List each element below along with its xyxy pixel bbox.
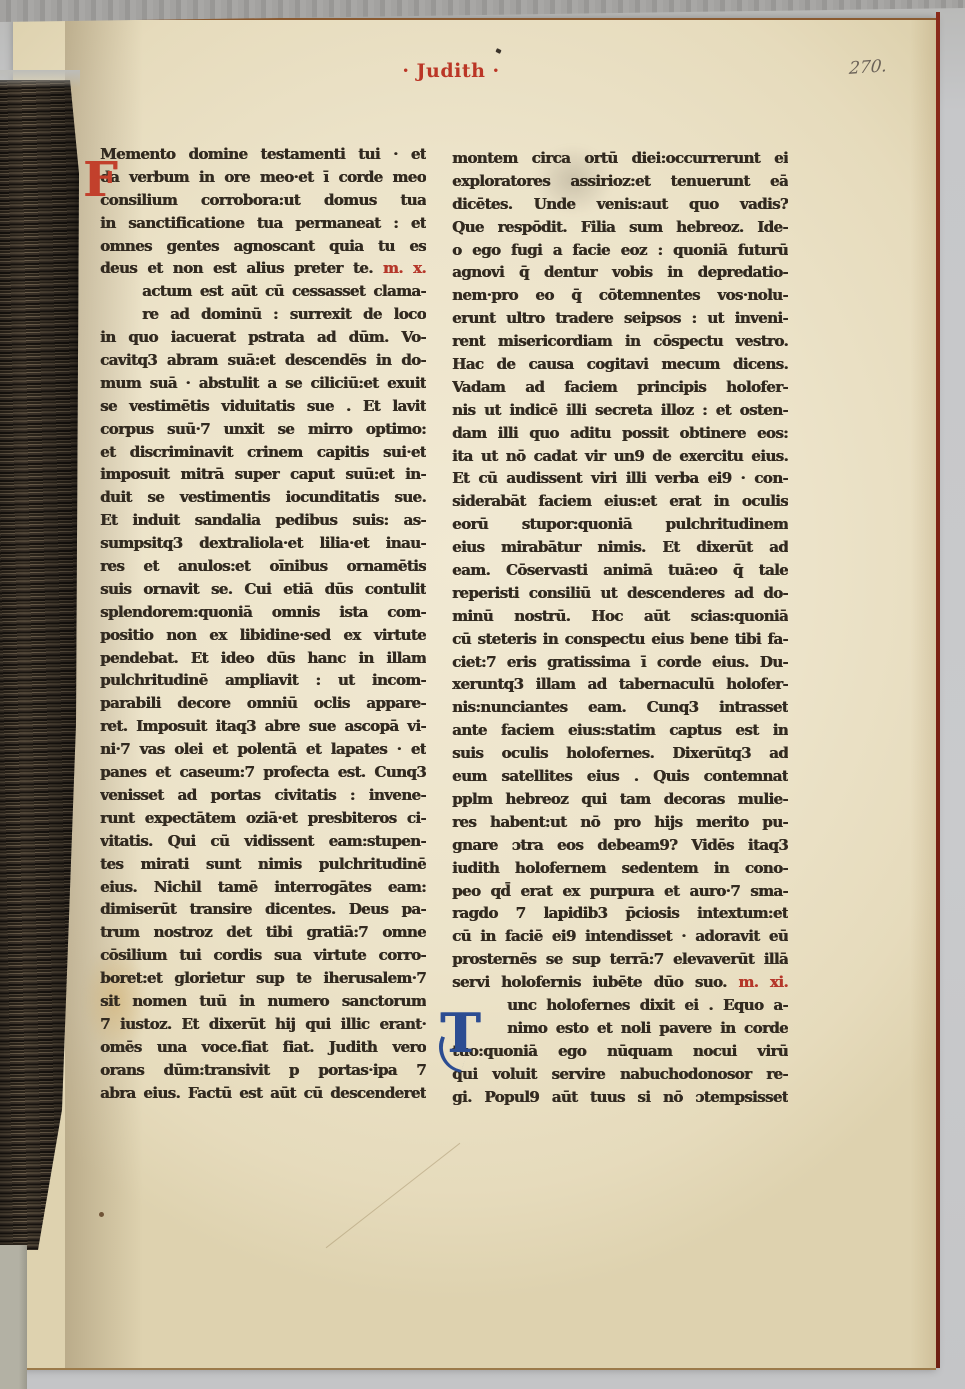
text-line: siderabāt faciem eius:et erat in oculis (452, 490, 788, 513)
text-line: sumpsitq3 dextraliola·et lilia·et inau- (100, 532, 426, 555)
line-text: eorū stupor:quoniā pulchritudinem (452, 515, 788, 533)
text-line: dam illi quo aditu possit obtinere eos: (452, 422, 788, 445)
line-text: cū steteris in conspectu eius bene tibi … (452, 630, 788, 648)
line-text: in quo iacuerat pstrata ad dūm. Vo- (100, 328, 426, 346)
line-text: xeruntq3 illam ad tabernaculū holofer- (452, 675, 788, 693)
text-line: gnare ɔtra eos debeam9? Vidēs itaq3 (452, 834, 788, 857)
text-line: Memento domine testamenti tui · et (100, 143, 426, 166)
line-text: siderabāt faciem eius:et erat in oculis (452, 492, 788, 510)
text-line: rent misericordiam in cōspectu vestro. (452, 330, 788, 353)
line-text: re ad dominū : surrexit de loco (142, 305, 426, 323)
text-line: cavitq3 abram suā:et descendēs in do- (100, 349, 426, 372)
text-line: trum nostroz det tibi gratiā:7 omne (100, 921, 426, 944)
text-line: nem·pro eo q̄ cōtemnentes vos·nolu- (452, 284, 788, 307)
parchment-crease (326, 1143, 461, 1248)
line-text: venisset ad portas civitatis : invene- (100, 786, 426, 804)
line-text: unc holofernes dixit ei . Equo a- (507, 996, 788, 1014)
line-text: exploratores assirioz:et tenuerunt eā (452, 172, 788, 190)
line-text: suis ornavit se. Cui etiā dūs contulit (100, 580, 426, 598)
line-text: ciet:7 eris gratissima ī corde eius. Du- (452, 653, 788, 671)
text-line: ret. Imposuit itaq3 abre sue ascopā vi- (100, 715, 426, 738)
text-line: nis:nunciantes eam. Cunq3 intrasset (452, 696, 788, 719)
text-line: panes et caseum:7 profecta est. Cunq3 (100, 761, 426, 784)
text-line: parabili decore omniū oclis appare- (100, 692, 426, 715)
line-text: Vadam ad faciem principis holofer- (452, 378, 788, 396)
text-line: eum satellites eius . Quis contemnat (452, 765, 788, 788)
text-line: ragdo 7 lapidib3 p̄ciosis intextum:et (452, 902, 788, 925)
text-line: qui voluit servire nabuchodonosor re- (452, 1063, 788, 1086)
line-text: qui voluit servire nabuchodonosor re- (452, 1065, 788, 1083)
text-line: suis oculis holofernes. Dixerūtq3 ad (452, 742, 788, 765)
text-column-left: Memento domine testamenti tui · etda ver… (100, 143, 426, 1104)
ink-dot (99, 1212, 104, 1217)
manuscript-page: · Judith · 270. Memento domine testament… (13, 18, 936, 1370)
text-line: dimiserūt transire dicentes. Deus pa- (100, 898, 426, 921)
text-line: cōsilium tui cordis sua virtute corro- (100, 944, 426, 967)
line-text: dimiserūt transire dicentes. Deus pa- (100, 900, 426, 918)
line-text: cavitq3 abram suā:et descendēs in do- (100, 351, 426, 369)
book-cover-edge (0, 1245, 27, 1389)
line-text: ret. Imposuit itaq3 abre sue ascopā vi- (100, 717, 426, 735)
text-line: servi holofernis iubēte dūo suo. m. xi. (452, 971, 788, 994)
text-line: reperisti consiliū ut descenderes ad do- (452, 582, 788, 605)
line-text: deus et non est alius preter te. (100, 259, 373, 277)
line-text: mum suā · abstulit a se ciliciū:et exuit (100, 374, 426, 392)
line-text: Et cū audissent viri illi verba ei9 · co… (452, 469, 788, 487)
line-text: positio non ex libidine·sed ex virtute (100, 626, 426, 644)
line-text: nem·pro eo q̄ cōtemnentes vos·nolu- (452, 286, 788, 304)
text-line: se vestimētis viduitatis sue . Et lavit (100, 395, 426, 418)
decorated-initial-F: F (83, 156, 117, 204)
line-text: cū in faciē ei9 intendisset · adoravit e… (452, 927, 788, 945)
line-text: peo qd̄ erat ex purpura et auro·7 sma- (452, 882, 788, 900)
text-line: et discriminavit crinem capitis sui·et (100, 441, 426, 464)
text-line: positio non ex libidine·sed ex virtute (100, 624, 426, 647)
text-line: gi. Popul9 aūt tuus si nō ɔtempsisset (452, 1086, 788, 1109)
line-text: consilium corrobora:ut domus tua (100, 191, 426, 209)
line-text: imposuit mitrā super caput suū:et in- (100, 465, 426, 483)
text-line: eius mirabātur nimis. Et dixerūt ad (452, 536, 788, 559)
line-text: eius. Nichil tamē interrogātes eam: (100, 878, 426, 896)
text-line: tuo:quoniā ego nūquam nocui virū (452, 1040, 788, 1063)
line-text: 7 iustoz. Et dixerūt hij qui illic erant… (100, 1015, 426, 1033)
text-line: unc holofernes dixit ei . Equo a- (452, 994, 788, 1017)
text-line: pulchritudinē ampliavit : ut incom- (100, 669, 426, 692)
text-line: peo qd̄ erat ex purpura et auro·7 sma- (452, 880, 788, 903)
text-line: in quo iacuerat pstrata ad dūm. Vo- (100, 326, 426, 349)
line-text: pendebat. Et ideo dūs hanc in illam (100, 649, 426, 667)
text-line: prosternēs se sup terrā:7 elevaverūt ill… (452, 948, 788, 971)
line-text: tes mirati sunt nimis pulchritudinē (100, 855, 426, 873)
line-text: Et induit sandalia pedibus suis: as- (100, 511, 426, 529)
text-line: consilium corrobora:ut domus tua (100, 189, 426, 212)
text-line: xeruntq3 illam ad tabernaculū holofer- (452, 673, 788, 696)
text-line: eam. Cōservasti animā tuā:eo q̄ tale (452, 559, 788, 582)
line-text: abra eius. Factū est aūt cū descenderet (100, 1084, 426, 1102)
line-text: nis ut indicē illi secreta illoz : et os… (452, 401, 788, 419)
line-text: trum nostroz det tibi gratiā:7 omne (100, 923, 426, 941)
decorated-initial-T: T (440, 1006, 480, 1060)
text-line: exploratores assirioz:et tenuerunt eā (452, 170, 788, 193)
text-line: in sanctificatione tua permaneat : et (100, 212, 426, 235)
line-text: corpus suū·7 unxit se mirro optimo: (100, 420, 426, 438)
text-line: ante faciem eius:statim captus est in (452, 719, 788, 742)
line-text: tuo:quoniā ego nūquam nocui virū (452, 1042, 788, 1060)
page-edge-tint (910, 20, 936, 1368)
line-text: Hac de causa cogitavi mecum dicens. (452, 355, 788, 373)
text-line: iudith holofernem sedentem in cono- (452, 857, 788, 880)
text-line: da verbum in ore meo·et ī corde meo (100, 166, 426, 189)
line-text: servi holofernis iubēte dūo suo. (452, 973, 727, 991)
line-text: splendorem:quoniā omnis ista com- (100, 603, 426, 621)
text-line: nis ut indicē illi secreta illoz : et os… (452, 399, 788, 422)
line-text: in sanctificatione tua permaneat : et (100, 214, 426, 232)
text-line: minū nostrū. Hoc aūt scias:quoniā (452, 605, 788, 628)
line-text: eius mirabātur nimis. Et dixerūt ad (452, 538, 788, 556)
line-text: omnes gentes agnoscant quia tu es (100, 237, 426, 255)
line-text: dicētes. Unde venis:aut quo vadis? (452, 195, 788, 213)
text-line: o ego fugi a facie eoz : quoniā futurū (452, 239, 788, 262)
text-line: eorū stupor:quoniā pulchritudinem (452, 513, 788, 536)
line-text: reperisti consiliū ut descenderes ad do- (452, 584, 788, 602)
text-line: orans dūm:transivit p portas·ipa 7 (100, 1059, 426, 1082)
line-text: ragdo 7 lapidib3 p̄ciosis intextum:et (452, 904, 788, 922)
text-line: imposuit mitrā super caput suū:et in- (100, 463, 426, 486)
line-text: duit se vestimentis iocunditatis sue. (100, 488, 426, 506)
line-text: res et anulos:et oīnibus ornamētis (100, 557, 426, 575)
text-line: splendorem:quoniā omnis ista com- (100, 601, 426, 624)
text-line: omnes gentes agnoscant quia tu es (100, 235, 426, 258)
line-text: ita ut nō cadat vir un9 de exercitu eius… (452, 447, 788, 465)
text-line: eius. Nichil tamē interrogātes eam: (100, 876, 426, 899)
line-text: prosternēs se sup terrā:7 elevaverūt ill… (452, 950, 788, 968)
line-text: suis oculis holofernes. Dixerūtq3 ad (452, 744, 788, 762)
line-text: Memento domine testamenti tui · et (100, 145, 426, 163)
line-text: sumpsitq3 dextraliola·et lilia·et inau- (100, 534, 426, 552)
line-text: ante faciem eius:statim captus est in (452, 721, 788, 739)
text-line: Que respōdit. Filia sum hebreoz. Ide- (452, 216, 788, 239)
text-line: actum est aūt cū cessasset clama- (100, 280, 426, 303)
line-text: res habent:ut nō pro hijs merito pu- (452, 813, 788, 831)
text-line: pendebat. Et ideo dūs hanc in illam (100, 647, 426, 670)
running-title: · Judith · (385, 60, 517, 82)
line-text: Que respōdit. Filia sum hebreoz. Ide- (452, 218, 788, 236)
line-text: pulchritudinē ampliavit : ut incom- (100, 671, 426, 689)
line-text: omēs una voce.fiat fiat. Judith vero (100, 1038, 426, 1056)
line-text: sit nomen tuū in numero sanctorum (100, 992, 426, 1010)
line-text: o ego fugi a facie eoz : quoniā futurū (452, 241, 788, 259)
line-text: dam illi quo aditu possit obtinere eos: (452, 424, 788, 442)
text-line: Hac de causa cogitavi mecum dicens. (452, 353, 788, 376)
line-text: boret:et glorietur sup te iherusalem·7 (100, 969, 426, 987)
line-text: rent misericordiam in cōspectu vestro. (452, 332, 788, 350)
line-text: vitatis. Qui cū vidissent eam:stupen- (100, 832, 426, 850)
line-text: orans dūm:transivit p portas·ipa 7 (100, 1061, 426, 1079)
line-text: eam. Cōservasti animā tuā:eo q̄ tale (452, 561, 788, 579)
text-line: agnovi q̄ dentur vobis in depredatio- (452, 261, 788, 284)
text-line: dicētes. Unde venis:aut quo vadis? (452, 193, 788, 216)
line-text: se vestimētis viduitatis sue . Et lavit (100, 397, 426, 415)
text-line: Vadam ad faciem principis holofer- (452, 376, 788, 399)
text-line: deus et non est alius preter te. m. x. (100, 257, 426, 280)
text-line: montem circa ortū diei:occurrerunt ei (452, 147, 788, 170)
text-line: runt expectātem oziā·et presbiteros ci- (100, 807, 426, 830)
text-line: 7 iustoz. Et dixerūt hij qui illic erant… (100, 1013, 426, 1036)
text-line: Et induit sandalia pedibus suis: as- (100, 509, 426, 532)
line-text: nimo esto et noli pavere in corde (507, 1019, 788, 1037)
line-text: actum est aūt cū cessasset clama- (142, 282, 426, 300)
line-text: agnovi q̄ dentur vobis in depredatio- (452, 263, 788, 281)
text-line: sit nomen tuū in numero sanctorum (100, 990, 426, 1013)
ink-speck (495, 48, 501, 54)
text-line: corpus suū·7 unxit se mirro optimo: (100, 418, 426, 441)
text-line: vitatis. Qui cū vidissent eam:stupen- (100, 830, 426, 853)
text-line: nimo esto et noli pavere in corde (452, 1017, 788, 1040)
text-line: re ad dominū : surrexit de loco (100, 303, 426, 326)
text-line: mum suā · abstulit a se ciliciū:et exuit (100, 372, 426, 395)
line-text: ni·7 vas olei et polentā et lapates · et (100, 740, 426, 758)
text-line: erunt ultro tradere seipsos : ut inveni- (452, 307, 788, 330)
text-line: cū steteris in conspectu eius bene tibi … (452, 628, 788, 651)
text-line: ita ut nō cadat vir un9 de exercitu eius… (452, 445, 788, 468)
line-text: gnare ɔtra eos debeam9? Vidēs itaq3 (452, 836, 788, 854)
text-line: res habent:ut nō pro hijs merito pu- (452, 811, 788, 834)
line-text: eum satellites eius . Quis contemnat (452, 767, 788, 785)
text-line: ciet:7 eris gratissima ī corde eius. Du- (452, 651, 788, 674)
text-line: res et anulos:et oīnibus ornamētis (100, 555, 426, 578)
fore-edge-red-line (936, 12, 940, 1368)
text-line: duit se vestimentis iocunditatis sue. (100, 486, 426, 509)
chapter-rubric: m. xi. (727, 973, 788, 991)
line-text: et discriminavit crinem capitis sui·et (100, 443, 426, 461)
line-text: panes et caseum:7 profecta est. Cunq3 (100, 763, 426, 781)
text-line: cū in faciē ei9 intendisset · adoravit e… (452, 925, 788, 948)
text-line: venisset ad portas civitatis : invene- (100, 784, 426, 807)
text-line: tes mirati sunt nimis pulchritudinē (100, 853, 426, 876)
text-line: pplm hebreoz qui tam decoras mulie- (452, 788, 788, 811)
text-line: suis ornavit se. Cui etiā dūs contulit (100, 578, 426, 601)
scanned-manuscript-photo: { "document": { "running_title": "· Judi… (0, 0, 965, 1389)
line-text: iudith holofernem sedentem in cono- (452, 859, 788, 877)
text-line: abra eius. Factū est aūt cū descenderet (100, 1082, 426, 1105)
line-text: runt expectātem oziā·et presbiteros ci- (100, 809, 426, 827)
chapter-rubric: m. x. (373, 259, 426, 277)
text-line: ni·7 vas olei et polentā et lapates · et (100, 738, 426, 761)
line-text: parabili decore omniū oclis appare- (100, 694, 426, 712)
text-line: Et cū audissent viri illi verba ei9 · co… (452, 467, 788, 490)
line-text: minū nostrū. Hoc aūt scias:quoniā (452, 607, 788, 625)
line-text: nis:nunciantes eam. Cunq3 intrasset (452, 698, 788, 716)
line-text: erunt ultro tradere seipsos : ut inveni- (452, 309, 788, 327)
book-edge-fade (0, 70, 80, 88)
text-line: omēs una voce.fiat fiat. Judith vero (100, 1036, 426, 1059)
line-text: da verbum in ore meo·et ī corde meo (100, 168, 426, 186)
text-line: boret:et glorietur sup te iherusalem·7 (100, 967, 426, 990)
line-text: cōsilium tui cordis sua virtute corro- (100, 946, 426, 964)
line-text: montem circa ortū diei:occurrerunt ei (452, 149, 788, 167)
line-text: pplm hebreoz qui tam decoras mulie- (452, 790, 788, 808)
line-text: gi. Popul9 aūt tuus si nō ɔtempsisset (452, 1088, 788, 1106)
text-column-right: montem circa ortū diei:occurrerunt eiexp… (452, 147, 788, 1108)
